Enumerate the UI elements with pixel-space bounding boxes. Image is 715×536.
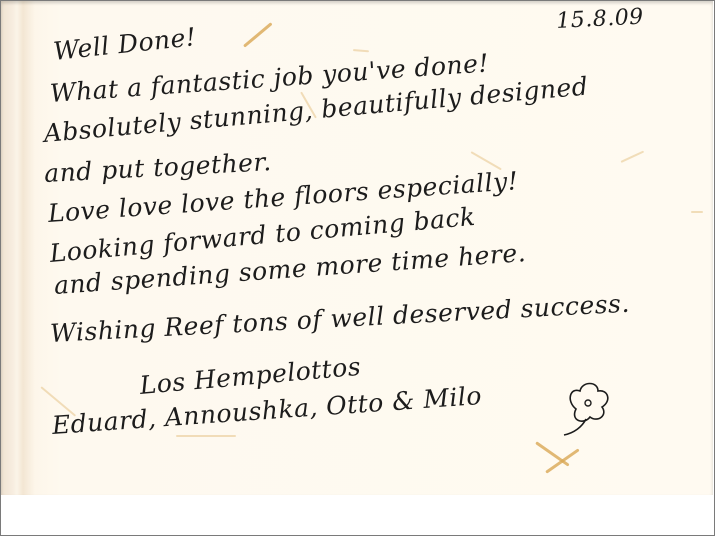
paper-fiber <box>353 49 369 52</box>
paper-fiber <box>176 435 236 437</box>
paper-fiber <box>691 211 703 213</box>
image-frame: 15.8.09 Well Done! What a fantastic job … <box>0 0 715 536</box>
note-line: Wishing Reef tons of well deserved succe… <box>49 289 630 348</box>
paper-fiber <box>621 151 645 163</box>
paper-fiber <box>535 441 569 466</box>
guestbook-page: 15.8.09 Well Done! What a fantastic job … <box>1 1 713 495</box>
flower-icon <box>556 379 616 439</box>
note-line: and put together. <box>43 147 272 188</box>
note-date: 15.8.09 <box>556 4 645 34</box>
note-line: Well Done! <box>52 22 198 66</box>
paper-fiber <box>243 22 273 47</box>
signature-names: Eduard, Annoushka, Otto & Milo <box>51 381 483 440</box>
